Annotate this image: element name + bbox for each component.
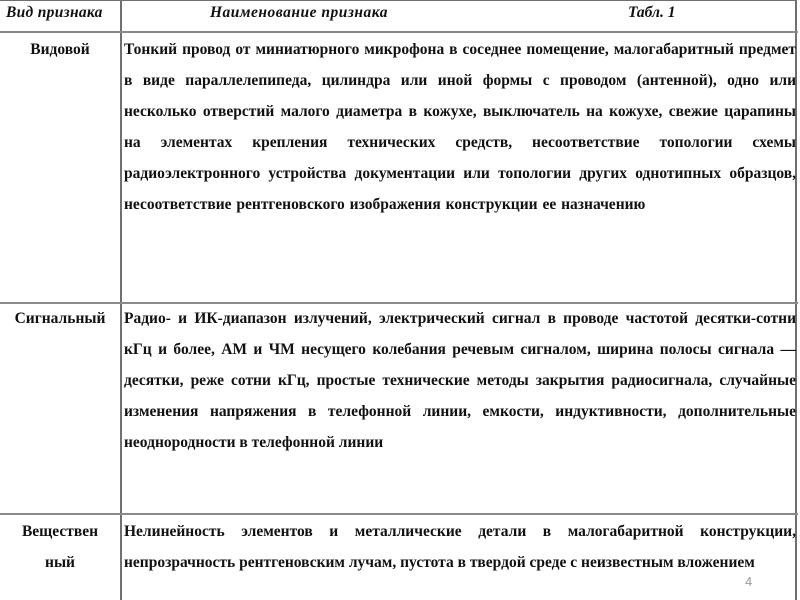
row-description-material: Нелинейность элементов и металлические д… <box>124 516 796 578</box>
column-divider <box>120 0 122 600</box>
row-description-signal: Радио- и ИК-диапазон излучений, электрич… <box>124 303 796 458</box>
row-divider <box>0 513 798 515</box>
row-description-visual: Тонкий провод от миниатюрного микрофона … <box>124 34 796 220</box>
row-type-material: Веществен ный <box>0 516 120 578</box>
page-number: 4 <box>745 574 752 589</box>
header-type-label: Вид признака <box>6 4 103 22</box>
header-divider <box>0 31 798 33</box>
header-name-label: Наименование признака <box>210 4 388 22</box>
table-header: Вид признака Наименование признака Табл.… <box>0 0 798 31</box>
table-reference: Табл. 1 <box>628 4 675 22</box>
row-type-signal: Сигнальный <box>0 303 120 334</box>
slide: Вид признака Наименование признака Табл.… <box>0 0 800 600</box>
row-type-material-text: Веществен ный <box>20 516 100 578</box>
row-type-visual: Видовой <box>0 34 120 65</box>
